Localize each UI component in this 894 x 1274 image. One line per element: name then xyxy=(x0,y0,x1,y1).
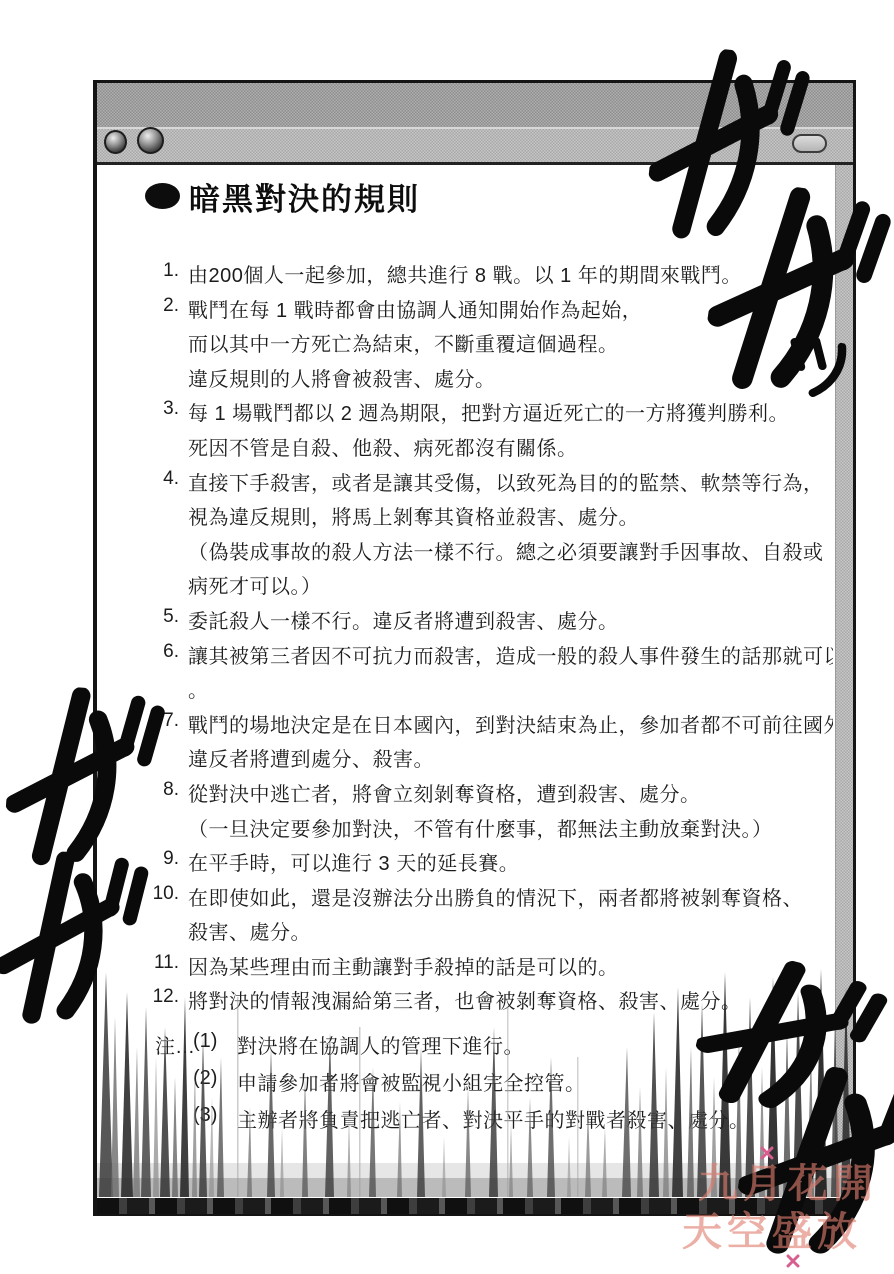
rule-line: 3.每 1 場戰鬥都以 2 週為期限，把對方逼近死亡的一方將獲判勝利。 xyxy=(145,397,833,432)
rule-text: 戰鬥的場地決定是在日本國內，到對決結束為止，參加者都不可前往國外。 xyxy=(188,709,833,738)
rule-number: 8. xyxy=(145,778,179,801)
note-text: 主辦者將負責把逃亡者、對決平手的對戰者殺害、處分。 xyxy=(237,1104,750,1133)
rule-line: 4.直接下手殺害，或者是讓其受傷，以致死為目的的監禁、軟禁等行為， xyxy=(145,467,833,502)
rule-text: 從對決中逃亡者，將會立刻剝奪資格，遭到殺害、處分。 xyxy=(188,778,701,807)
rule-text: 視為違反規則，將馬上剝奪其資格並殺害、處分。 xyxy=(188,501,639,530)
window-right-border-strip xyxy=(835,165,853,1197)
rule-number: 6. xyxy=(145,640,179,663)
window-collapse-button[interactable] xyxy=(792,134,827,153)
rule-text: 違反規則的人將會被殺害、處分。 xyxy=(188,363,496,392)
rule-number xyxy=(145,363,179,364)
rule-line: （偽裝成事故的殺人方法一樣不行。總之必須要讓對手因事故、自殺或 xyxy=(145,536,833,571)
rule-text: 在平手時，可以進行 3 天的延長賽。 xyxy=(188,847,519,876)
rule-line: 1.由200個人一起參加，總共進行 8 戰。以 1 年的期間來戰鬥。 xyxy=(145,259,833,294)
rule-text: 委託殺人一樣不行。違反者將遭到殺害、處分。 xyxy=(188,605,619,634)
titlebar-lower-band xyxy=(97,129,853,162)
note-line: (2)申請參加者將會被監視小組完全控管。 xyxy=(155,1067,833,1104)
note-prefix: 注… xyxy=(155,1030,193,1059)
rule-line: 9.在平手時，可以進行 3 天的延長賽。 xyxy=(145,847,833,882)
rule-line: 違反者將遭到處分、殺害。 xyxy=(145,743,833,778)
rule-number: 1. xyxy=(145,259,179,282)
rule-number: 9. xyxy=(145,847,179,870)
titlebar-upper-band xyxy=(97,83,853,129)
rule-line: 殺害、處分。 xyxy=(145,916,833,951)
note-number: (1) xyxy=(193,1030,229,1053)
window-round-button-1[interactable] xyxy=(104,130,127,154)
window-content: 暗黑對決的規則 1.由200個人一起參加，總共進行 8 戰。以 1 年的期間來戰… xyxy=(97,165,833,1197)
rule-number xyxy=(145,570,179,571)
note-line: (3)主辦者將負責把逃亡者、對決平手的對戰者殺害、處分。 xyxy=(155,1104,833,1141)
rule-line: 6.讓其被第三者因不可抗力而殺害，造成一般的殺人事件發生的話那就可以 xyxy=(145,640,833,675)
rule-line: 5.委託殺人一樣不行。違反者將遭到殺害、處分。 xyxy=(145,605,833,640)
rule-line: 違反規則的人將會被殺害、處分。 xyxy=(145,363,833,398)
rule-line: 10.在即使如此，還是沒辦法分出勝負的情況下，兩者都將被剝奪資格、 xyxy=(145,882,833,917)
rule-text: 病死才可以。） xyxy=(188,570,322,599)
note-line: 注…(1)對決將在協調人的管理下進行。 xyxy=(155,1030,833,1067)
rule-text: 在即使如此，還是沒辦法分出勝負的情況下，兩者都將被剝奪資格、 xyxy=(188,882,803,911)
page-title-text: 暗黑對決的規則 xyxy=(189,174,420,219)
rule-number xyxy=(145,501,179,502)
rule-number xyxy=(145,916,179,917)
rule-line: 12.將對決的情報洩漏給第三者，也會被剝奪資格、殺害、處分。 xyxy=(145,985,833,1020)
note-number: (2) xyxy=(193,1067,229,1090)
rule-number xyxy=(145,674,179,675)
rule-number xyxy=(145,328,179,329)
rule-line: 2.戰鬥在每 1 戰時都會由協調人通知開始作為起始， xyxy=(145,294,833,329)
rule-line: 11.因為某些理由而主動讓對手殺掉的話是可以的。 xyxy=(145,951,833,986)
rule-line: 視為違反規則，將馬上剝奪其資格並殺害、處分。 xyxy=(145,501,833,536)
rule-line: 死因不管是自殺、他殺、病死都沒有關係。 xyxy=(145,432,833,467)
rule-number xyxy=(145,813,179,814)
rule-number: 11. xyxy=(145,951,179,974)
rule-text: （一旦決定要參加對決，不管有什麼事，都無法主動放棄對決。） xyxy=(188,813,773,842)
title-bullet-icon xyxy=(145,183,180,209)
rule-number xyxy=(145,536,179,537)
rule-text: 由200個人一起參加，總共進行 8 戰。以 1 年的期間來戰鬥。 xyxy=(188,259,742,288)
rule-text: 而以其中一方死亡為結束，不斷重覆這個過程。 xyxy=(188,328,619,357)
rule-text: 違反者將遭到處分、殺害。 xyxy=(188,743,434,772)
rule-line: 病死才可以。） xyxy=(145,570,833,605)
rules-list: 1.由200個人一起參加，總共進行 8 戰。以 1 年的期間來戰鬥。2.戰鬥在每… xyxy=(145,259,833,1020)
rule-number: 7. xyxy=(145,709,179,732)
page-title: 暗黑對決的規則 xyxy=(145,175,833,217)
rule-text: 殺害、處分。 xyxy=(188,916,311,945)
rule-text: 每 1 場戰鬥都以 2 週為期限，把對方逼近死亡的一方將獲判勝利。 xyxy=(188,397,789,426)
rule-line: 而以其中一方死亡為結束，不斷重覆這個過程。 xyxy=(145,328,833,363)
rule-line: 。 xyxy=(145,674,833,709)
rule-number: 2. xyxy=(145,294,179,317)
watermark-line2: 天空盛放 xyxy=(682,1200,862,1257)
note-number: (3) xyxy=(193,1104,229,1127)
rule-text: 戰鬥在每 1 戰時都會由協調人通知開始作為起始， xyxy=(188,294,642,323)
rule-text: （偽裝成事故的殺人方法一樣不行。總之必須要讓對手因事故、自殺或 xyxy=(188,536,824,565)
rule-text: 將對決的情報洩漏給第三者，也會被剝奪資格、殺害、處分。 xyxy=(188,985,742,1014)
rule-text: 直接下手殺害，或者是讓其受傷，以致死為目的的監禁、軟禁等行為， xyxy=(188,467,824,496)
rule-number: 10. xyxy=(145,882,179,905)
note-text: 對決將在協調人的管理下進行。 xyxy=(237,1030,524,1059)
rule-text: 死因不管是自殺、他殺、病死都沒有關係。 xyxy=(188,432,578,461)
rule-number: 3. xyxy=(145,397,179,420)
notes-list: 注…(1)對決將在協調人的管理下進行。(2)申請參加者將會被監視小組完全控管。(… xyxy=(155,1030,833,1141)
rule-line: 7.戰鬥的場地決定是在日本國內，到對決結束為止，參加者都不可前往國外。 xyxy=(145,709,833,744)
window-round-button-2[interactable] xyxy=(137,127,164,154)
rule-line: 8.從對決中逃亡者，將會立刻剝奪資格，遭到殺害、處分。 xyxy=(145,778,833,813)
rule-line: （一旦決定要參加對決，不管有什麼事，都無法主動放棄對決。） xyxy=(145,813,833,848)
rule-number: 12. xyxy=(145,985,179,1008)
note-text: 申請參加者將會被監視小組完全控管。 xyxy=(237,1067,586,1096)
rule-text: 讓其被第三者因不可抗力而殺害，造成一般的殺人事件發生的話那就可以 xyxy=(188,640,833,669)
rule-number xyxy=(145,432,179,433)
rule-number: 4. xyxy=(145,467,179,490)
rule-text: 因為某些理由而主動讓對手殺掉的話是可以的。 xyxy=(188,951,619,980)
window-titlebar xyxy=(97,83,853,165)
rule-text: 。 xyxy=(188,674,209,703)
rules-window: 暗黑對決的規則 1.由200個人一起參加，總共進行 8 戰。以 1 年的期間來戰… xyxy=(93,80,856,1216)
rule-number: 5. xyxy=(145,605,179,628)
rule-number xyxy=(145,743,179,744)
